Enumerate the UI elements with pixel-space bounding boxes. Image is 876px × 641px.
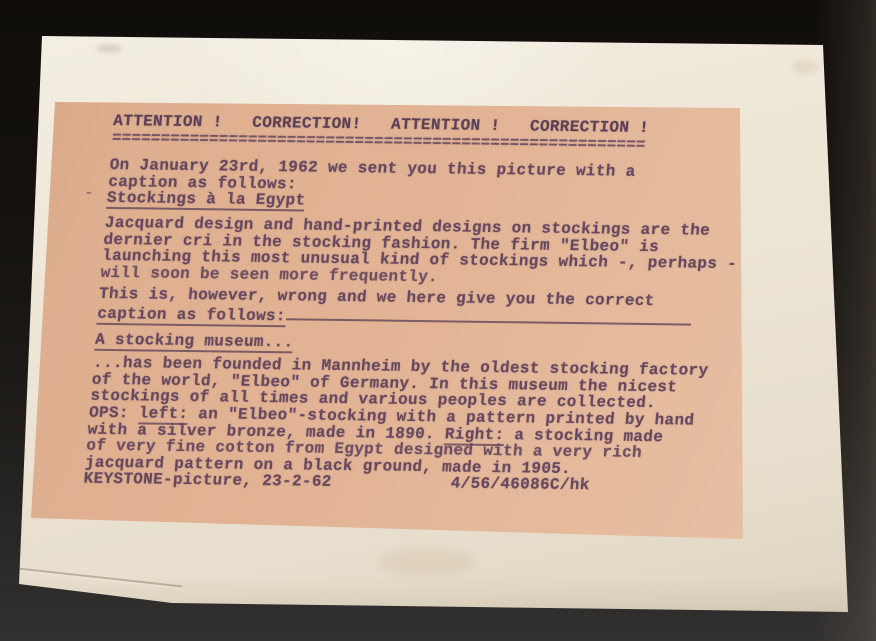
paper-stain [792,60,818,74]
underlined-text: A stocking museum... [94,330,294,353]
underlined-text: Stockings à la Egypt [106,189,306,212]
paper-stain [378,548,474,576]
stray-dash-mark: - [84,184,94,202]
paper-stain [618,22,670,40]
paper-smudge [96,44,122,53]
new-caption-title: A stocking museum... [94,331,735,356]
typed-text: ATTENTION ! CORRECTION! ATTENTION ! CORR… [83,113,754,496]
typed-text-segment: will soon be seen more frequently. [100,264,439,286]
underlined-text: caption as follows: [96,305,286,327]
press-photo-scene: ATTENTION ! CORRECTION! ATTENTION ! CORR… [0,0,876,641]
